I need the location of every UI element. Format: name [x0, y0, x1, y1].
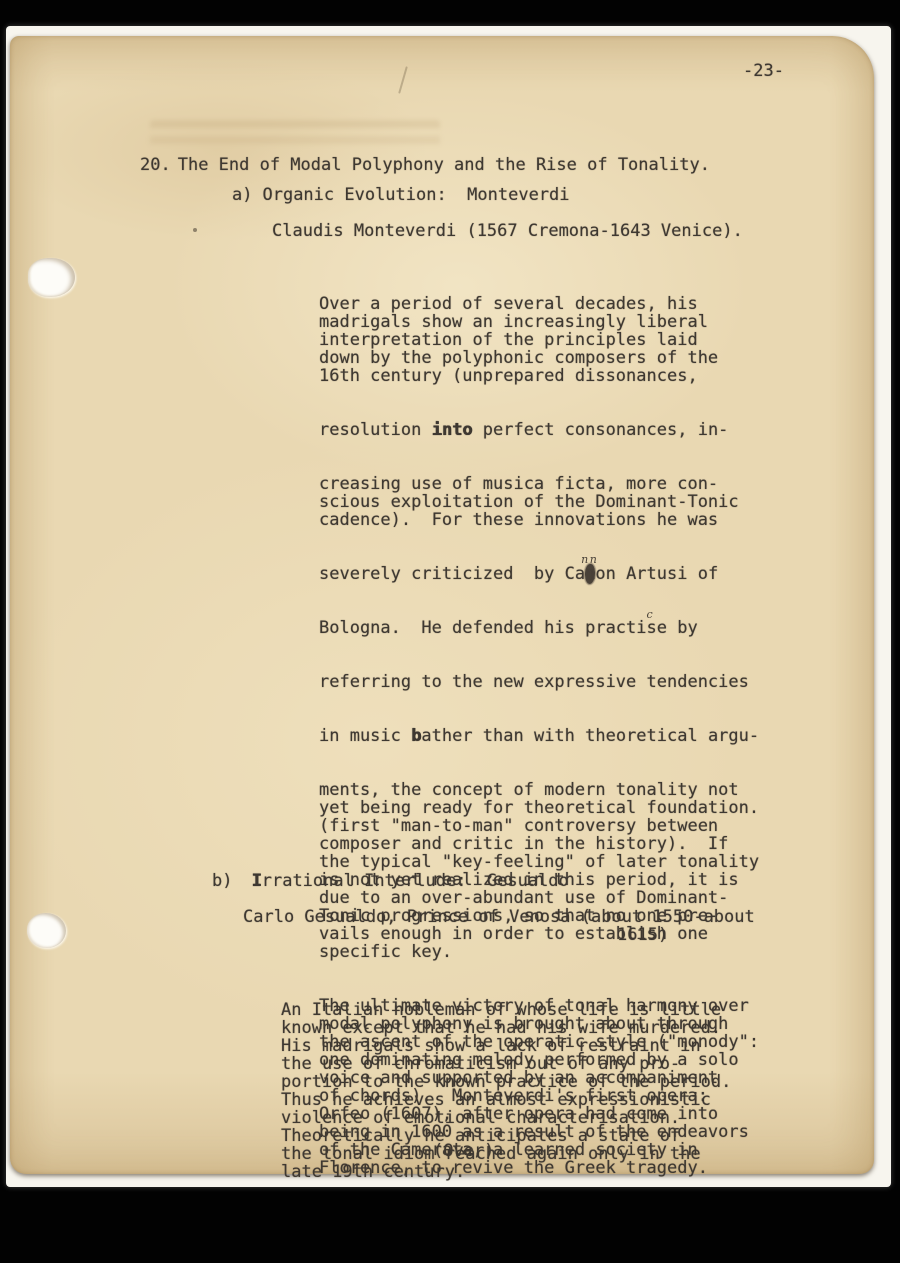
section-heading: 20.The End of Modal Polyphony and the Ri… [140, 156, 710, 174]
paragraph-lines: An Italian nobleman of whose life is lit… [281, 1001, 731, 1181]
subsection-a-heading: a)Organic Evolution: Monteverdi [232, 186, 570, 204]
subsection-b-marker: b) [212, 871, 232, 891]
overtyped-letter: I [251, 871, 261, 891]
section-title: The End of Modal Polyphony and the Rise … [178, 155, 710, 175]
section-number: 20. [140, 155, 171, 175]
subsection-b-label: Irrational Interlude: Gesualdo [251, 871, 568, 891]
ink-transfer-ghost-stain [150, 120, 440, 154]
paragraph-line: Bologna. He defended his practisce by [319, 619, 759, 637]
page-number: -23- [743, 62, 784, 80]
gesualdo-name-line-continuation: 1615) [617, 926, 668, 944]
ink-speck [193, 228, 197, 232]
handwritten-correction-c: c [647, 609, 653, 620]
insertion-caret: ^ [588, 576, 593, 585]
paragraph-line: resolution into perfect consonances, in- [319, 421, 759, 439]
line-segment: perfect consonances, in- [473, 420, 729, 440]
paragraph-line: severely criticized by Camnn^on Artusi o… [319, 565, 759, 583]
gesualdo-paragraph: An Italian nobleman of whose life is lit… [281, 965, 731, 1217]
subsection-a-marker: a) [232, 185, 252, 205]
punch-hole-bottom [27, 913, 66, 948]
document-page: -23- 20.The End of Modal Polyphony and t… [10, 36, 874, 1174]
corrected-letter: sc [647, 618, 657, 638]
ink-blot-overstrike: mnn^ [585, 564, 595, 584]
gesualdo-name-line: Carlo Gesualdo, Prince of Venosa (about … [243, 908, 755, 926]
line-segment: Bologna. He defended his practi [319, 618, 647, 638]
paragraph-lines: Over a period of several decades, his ma… [319, 295, 759, 385]
line-segment: severely criticized by Ca [319, 564, 585, 584]
paragraph-lines: creasing use of musica ficta, more con- … [319, 475, 759, 529]
overtyped-letter: b [411, 726, 421, 746]
subsection-b-heading: b)Irrational Interlude: Gesualdo [212, 872, 569, 890]
line-segment: e by [657, 618, 698, 638]
handwritten-correction-nn: nn [581, 554, 598, 565]
over-label: (Over) [433, 1142, 494, 1160]
line-segment: resolution [319, 420, 432, 440]
base-letter: s [647, 618, 657, 638]
paragraph-line: in music bather than with theoretical ar… [319, 727, 759, 745]
paragraph-line: referring to the new expressive tendenci… [319, 673, 759, 691]
subsection-a-label: Organic Evolution: Monteverdi [262, 185, 569, 205]
line-segment: on Artusi of [595, 564, 718, 584]
scanned-document-background: -23- 20.The End of Modal Polyphony and t… [0, 0, 900, 1263]
punch-hole-top [28, 258, 75, 297]
line-segment: ather than with theoretical argu- [421, 726, 759, 746]
line-segment: rrational Interlude: Gesualdo [262, 871, 569, 891]
monteverdi-name-line: Claudis Monteverdi (1567 Cremona-1643 Ve… [272, 222, 743, 240]
overtyped-word: into [432, 420, 473, 440]
stray-pencil-mark [398, 66, 408, 93]
line-segment: in music [319, 726, 411, 746]
